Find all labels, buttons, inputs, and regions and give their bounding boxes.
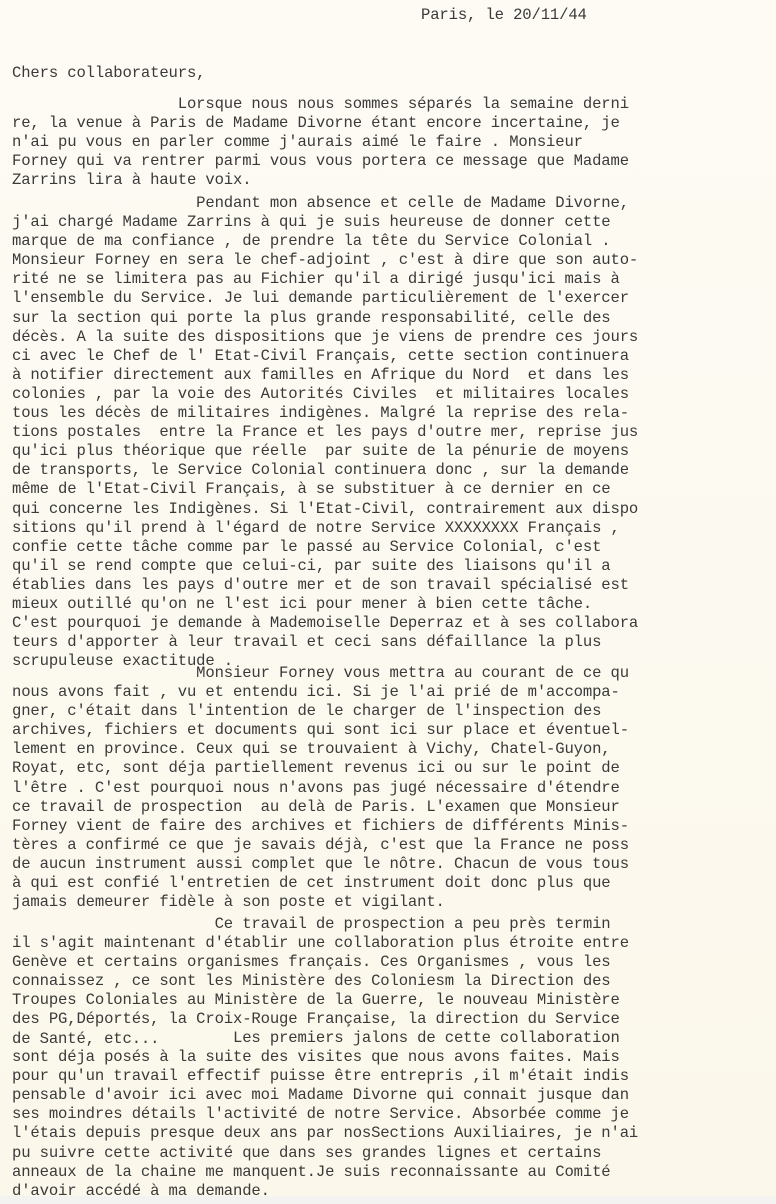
text-line: nous avons fait , vu et entendu ici. Si … [12,683,629,702]
text-line: de aucun instrument aussi complet que le… [12,855,629,874]
text-line: d'avoir accédé à ma demande. [12,1182,638,1201]
text-line: C'est pourquoi je demande à Mademoiselle… [12,614,638,633]
text-line: anneaux de la chaine me manquent.Je suis… [12,1163,638,1182]
text-line: qu'ici plus théorique que réelle par sui… [12,442,638,461]
text-line: Troupes Coloniales au Ministère de la Gu… [12,991,629,1010]
text-line: ci avec le Chef de l' Etat-Civil Françai… [12,347,638,366]
text-line: Lorsque nous nous sommes séparés la sema… [12,95,629,114]
text-line: tous les décès de militaires indigènes. … [12,404,638,423]
text-line: pu suivre cette activité que dans ses gr… [12,1144,638,1163]
text-line: ses moindres détails l'activité de notre… [12,1105,638,1124]
text-line: jamais demeurer fidèle à son poste et vi… [12,893,629,912]
text-line: Monsieur Forney en sera le chef-adjoint … [12,251,638,270]
paragraph-3: Monsieur Forney vous mettra au courant d… [12,664,629,912]
text-line: Genève et certains organismes français. … [12,953,629,972]
salutation: Chers collaborateurs, [12,64,205,83]
text-line: tères a confirmé ce que je savais déjà, … [12,836,629,855]
text-line: lement en province. Ceux qui se trouvaie… [12,740,629,759]
text-line: marque de ma confiance , de prendre la t… [12,232,638,251]
text-line: il s'agit maintenant d'établir une colla… [12,934,629,953]
text-line: l'être . C'est pourquoi nous n'avons pas… [12,779,629,798]
text-line: pour qu'un travail effectif puisse être … [12,1067,638,1086]
letter-date: Paris, le 20/11/44 [421,6,587,25]
text-line: sont déja posés à la suite des visites q… [12,1048,638,1067]
text-line: archives, fichiers et documents qui sont… [12,721,629,740]
text-line: Forney qui va rentrer parmi vous vous po… [12,152,629,171]
text-line: gner, c'était dans l'intention de le cha… [12,702,629,721]
text-line: des PG,Déportés, la Croix-Rouge Français… [12,1010,629,1029]
text-line: Ce travail de prospection a peu près ter… [12,915,629,934]
paragraph-1: Lorsque nous nous sommes séparés la sema… [12,95,629,190]
text-line: l'étais depuis presque deux ans par nosS… [12,1124,638,1143]
paragraph-2: Pendant mon absence et celle de Madame D… [12,194,638,671]
text-line: à notifier directement aux familles en A… [12,366,638,385]
text-line: mieux outillé qu'on ne l'est ici pour me… [12,595,638,614]
text-line: qui concerne les Indigènes. Si l'Etat-Ci… [12,500,638,519]
text-line: rité ne se limitera pas au Fichier qu'il… [12,270,638,289]
text-line: sitions qu'il prend à l'égard de notre S… [12,519,638,538]
text-line: Monsieur Forney vous mettra au courant d… [12,664,629,683]
letter-page: Paris, le 20/11/44 Chers collaborateurs,… [0,0,776,1204]
text-line: Pendant mon absence et celle de Madame D… [12,194,638,213]
text-line: colonies , par la voie des Autorités Civ… [12,385,638,404]
text-line: sur la section qui porte la plus grande … [12,309,638,328]
text-line: tions postales entre la France et les pa… [12,423,638,442]
paragraph-5: Les premiers jalons de cette collaborati… [12,1029,638,1201]
text-line: de transports, le Service Colonial conti… [12,461,638,480]
text-line: Forney vient de faire des archives et fi… [12,817,629,836]
text-line: l'ensemble du Service. Je lui demande pa… [12,289,638,308]
text-line: confie cette tâche comme par le passé au… [12,538,638,557]
text-line: n'ai pu vous en parler comme j'aurais ai… [12,133,629,152]
text-line: j'ai chargé Madame Zarrins à qui je suis… [12,213,638,232]
text-line: pensable d'avoir ici avec moi Madame Div… [12,1086,638,1105]
text-line: qu'il se rend compte que celui-ci, par s… [12,557,638,576]
text-line: re, la venue à Paris de Madame Divorne é… [12,114,629,133]
text-line: Les premiers jalons de cette collaborati… [12,1029,638,1048]
text-line: Royat, etc, sont déja partiellement reve… [12,759,629,778]
text-line: teurs d'apporter à leur travail et ceci … [12,633,638,652]
text-line: connaissez , ce sont les Ministère des C… [12,972,629,991]
text-line: décès. A la suite des dispositions que j… [12,328,638,347]
text-line: établies dans les pays d'outre mer et de… [12,576,638,595]
text-line: Zarrins lira à haute voix. [12,171,629,190]
text-line: même de l'Etat-Civil Français, à se subs… [12,480,638,499]
text-line: ce travail de prospection au delà de Par… [12,798,629,817]
text-line: à qui est confié l'entretien de cet inst… [12,874,629,893]
